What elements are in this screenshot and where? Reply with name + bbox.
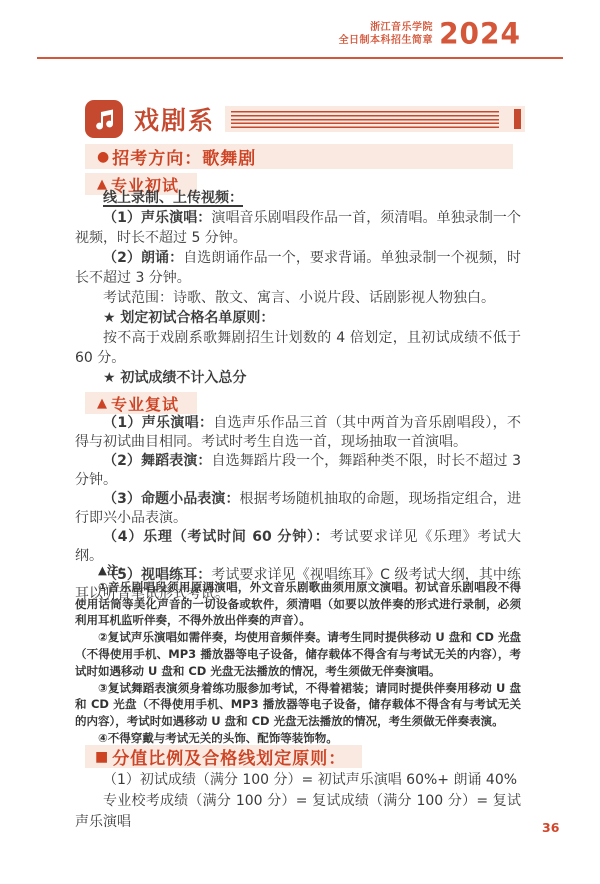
year-label: 2024 [439, 19, 521, 48]
school-name-block: 浙江音乐学院 全日制本科招生简章 [339, 21, 434, 47]
online-recording-heading: 线上录制、上传视频： [75, 188, 521, 208]
prelim-exam-content: 线上录制、上传视频： （1）声乐演唱：演唱音乐剧唱段作品一首，须清唱。单独录制一… [75, 188, 521, 388]
retest-item-2: （2）舞蹈表演：自选舞蹈片段一个，舞蹈种类不限，时长不超过 3 分钟。 [75, 452, 521, 490]
note-2: ②复试声乐演唱如需伴奏，均使用音频伴奏。请考生同时提供移动 U 盘和 CD 光盘… [75, 629, 521, 679]
prelim-item-2: （2）朗诵：自选朗诵作品一个，要求背诵。单独录制一个视频，时长不超过 3 分钟。 [75, 248, 521, 288]
scoring-heading: 分值比例及合格线划定原则： [112, 744, 346, 769]
staff-decoration [225, 106, 525, 132]
staff-lines [231, 111, 499, 128]
scoring-line-2: 专业校考成绩（满分 100 分）= 复试成绩（满分 100 分）= 复试声乐演唱 [75, 791, 521, 833]
department-title: 戏剧系 [134, 101, 215, 137]
note-1: ①音乐剧唱段须用原调演唱，外文音乐剧歌曲须用原文演唱。初试音乐剧唱段不得使用话筒… [75, 579, 521, 629]
retest-exam-banner: ▲ 专业复试 [85, 392, 197, 414]
square-icon: ■ [95, 750, 109, 764]
scoring-line-1: （1）初试成绩（满分 100 分）= 初试声乐演唱 60%+ 朗诵 40% [75, 770, 521, 791]
note-3: ③复试舞蹈表演须身着练功服参加考试，不得着裙装；请同时提供伴奏用移动 U 盘和 … [75, 680, 521, 730]
prelim-rule-text: 按不高于戏剧系歌舞剧招生计划数的 4 倍划定，且初试成绩不低于 60 分。 [75, 328, 521, 368]
brochure-page: 浙江音乐学院 全日制本科招生简章 2024 戏剧系 ● 招考方向：歌舞剧 ▲ 专… [0, 0, 600, 884]
exam-scope: 考试范围：诗歌、散文、寓言、小说片段、话剧影视人物独白。 [75, 288, 521, 308]
retest-item-1: （1）声乐演唱：自选声乐作品三首（其中两首为音乐剧唱段），不得与初试曲目相同。考… [75, 414, 521, 452]
prelim-item-1: （1）声乐演唱：演唱音乐剧唱段作品一首，须清唱。单独录制一个视频，时长不超过 5… [75, 208, 521, 248]
bullet-icon: ● [97, 150, 110, 164]
brochure-title: 全日制本科招生简章 [339, 34, 434, 47]
department-header: 戏剧系 [85, 100, 525, 138]
page-number: 36 [542, 820, 559, 835]
retest-item-4: （4）乐理（考试时间 60 分钟）：考试要求详见《乐理》考试大纲。 [75, 528, 521, 566]
scoring-content: （1）初试成绩（满分 100 分）= 初试声乐演唱 60%+ 朗诵 40% 专业… [75, 770, 521, 833]
prelim-score-note: ★ 初试成绩不计入总分 [75, 368, 521, 388]
masthead: 浙江音乐学院 全日制本科招生简章 2024 [339, 20, 521, 48]
direction-label: 招考方向：歌舞剧 [112, 144, 256, 169]
scoring-banner: ■ 分值比例及合格线划定原则： [85, 745, 362, 768]
prelim-rule-heading: ★ 划定初试合格名单原则： [75, 308, 521, 328]
staff-end-bar [514, 109, 521, 129]
triangle-icon: ▲ [97, 397, 108, 410]
direction-banner: ● 招考方向：歌舞剧 [85, 144, 513, 169]
notes-block: ▲注： ①音乐剧唱段须用原调演唱，外文音乐剧歌曲须用原文演唱。初试音乐剧唱段不得… [75, 562, 521, 747]
retest-item-3: （3）命题小品表演：根据考场随机抽取的命题，现场指定组合，进行即兴小品表演。 [75, 490, 521, 528]
music-note-icon [85, 100, 123, 138]
school-name: 浙江音乐学院 [339, 21, 434, 34]
header-divider [37, 57, 563, 59]
notes-heading: ▲注： [75, 562, 521, 579]
retest-exam-heading: 专业复试 [111, 392, 179, 415]
